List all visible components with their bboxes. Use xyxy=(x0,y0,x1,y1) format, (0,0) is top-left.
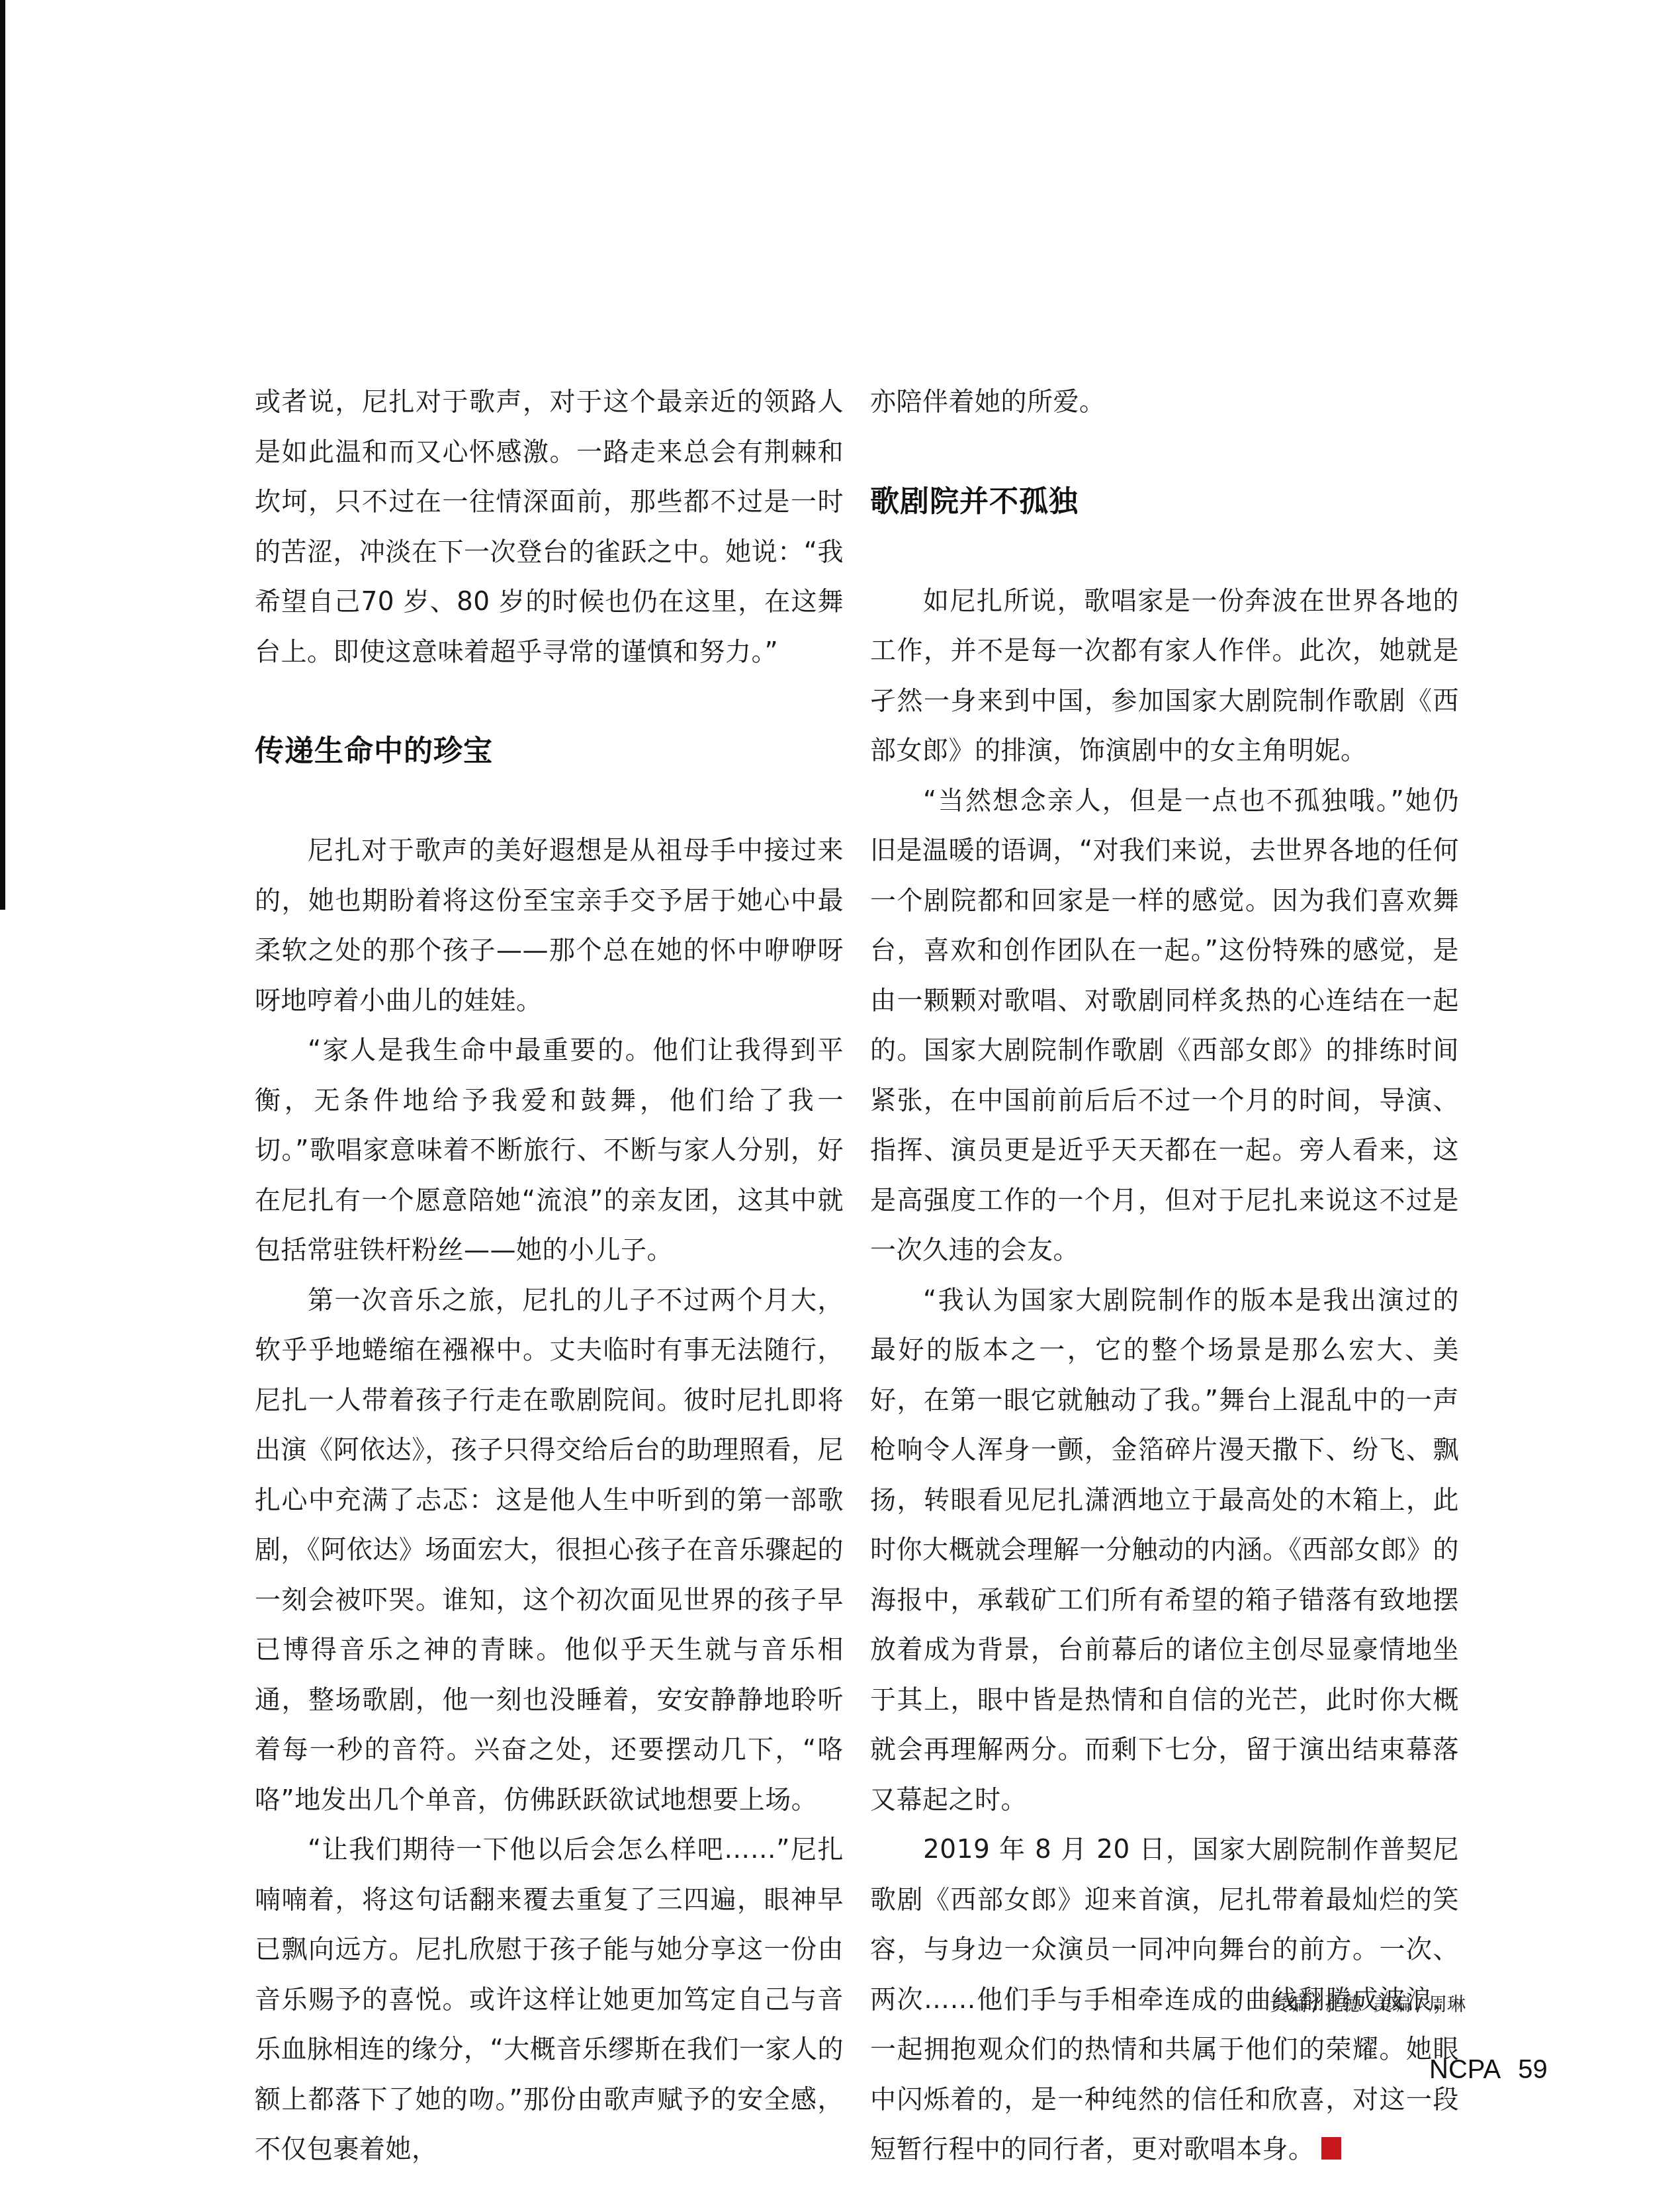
section-heading: 传递生命中的珍宝 xyxy=(255,726,844,776)
spacer xyxy=(255,677,844,726)
end-mark-line1: NC xyxy=(1321,2138,1341,2148)
paragraph: 如尼扎所说，歌唱家是一份奔波在世界各地的工作，并不是每一次都有家人作伴。此次，她… xyxy=(870,576,1459,776)
folio-brand: NCPA xyxy=(1429,2055,1501,2084)
spacer xyxy=(255,776,844,826)
left-column: 或者说，尼扎对于歌声，对于这个最亲近的领路人是如此温和而又心怀感激。一路走来总会… xyxy=(255,377,844,2175)
page-folio: NCPA59 xyxy=(1429,2055,1548,2085)
paragraph: “当然想念亲人，但是一点也不孤独哦。”她仍旧是温暖的语调，“对我们来说，去世界各… xyxy=(870,776,1459,1276)
spacer xyxy=(870,427,1459,477)
ncpa-logo-icon: NCPA xyxy=(1321,2137,1341,2160)
paragraph: “家人是我生命中最重要的。他们让我得到平衡，无条件地给予我爱和鼓舞，他们给了我一… xyxy=(255,1026,844,1276)
page-number: 59 xyxy=(1518,2055,1548,2084)
paragraph: 亦陪伴着她的所爱。 xyxy=(870,377,1459,427)
right-column: 亦陪伴着她的所爱。 歌剧院并不孤独 如尼扎所说，歌唱家是一份奔波在世界各地的工作… xyxy=(870,377,1459,2175)
paragraph: 或者说，尼扎对于歌声，对于这个最亲近的领路人是如此温和而又心怀感激。一路走来总会… xyxy=(255,377,844,677)
section-heading: 歌剧院并不孤独 xyxy=(870,477,1459,527)
end-mark-line2: PA xyxy=(1321,2148,1341,2158)
page-edge-bar xyxy=(0,0,5,910)
paragraph: 第一次音乐之旅，尼扎的儿子不过两个月大，软乎乎地蜷缩在襁褓中。丈夫临时有事无法随… xyxy=(255,1276,844,1825)
paragraph: 尼扎对于歌声的美好遐想是从祖母手中接过来的，她也期盼着将这份至宝亲手交予居于她心… xyxy=(255,826,844,1026)
spacer xyxy=(870,527,1459,576)
editor-credits: 责编 / 孔德 美编 / 周琳 xyxy=(1270,1990,1466,2017)
paragraph: “让我们期待一下他以后会怎么样吧……”尼扎喃喃着，将这句话翻来覆去重复了三四遍，… xyxy=(255,1825,844,2175)
paragraph: “我认为国家大剧院制作的版本是我出演过的最好的版本之一，它的整个场景是那么宏大、… xyxy=(870,1276,1459,1825)
